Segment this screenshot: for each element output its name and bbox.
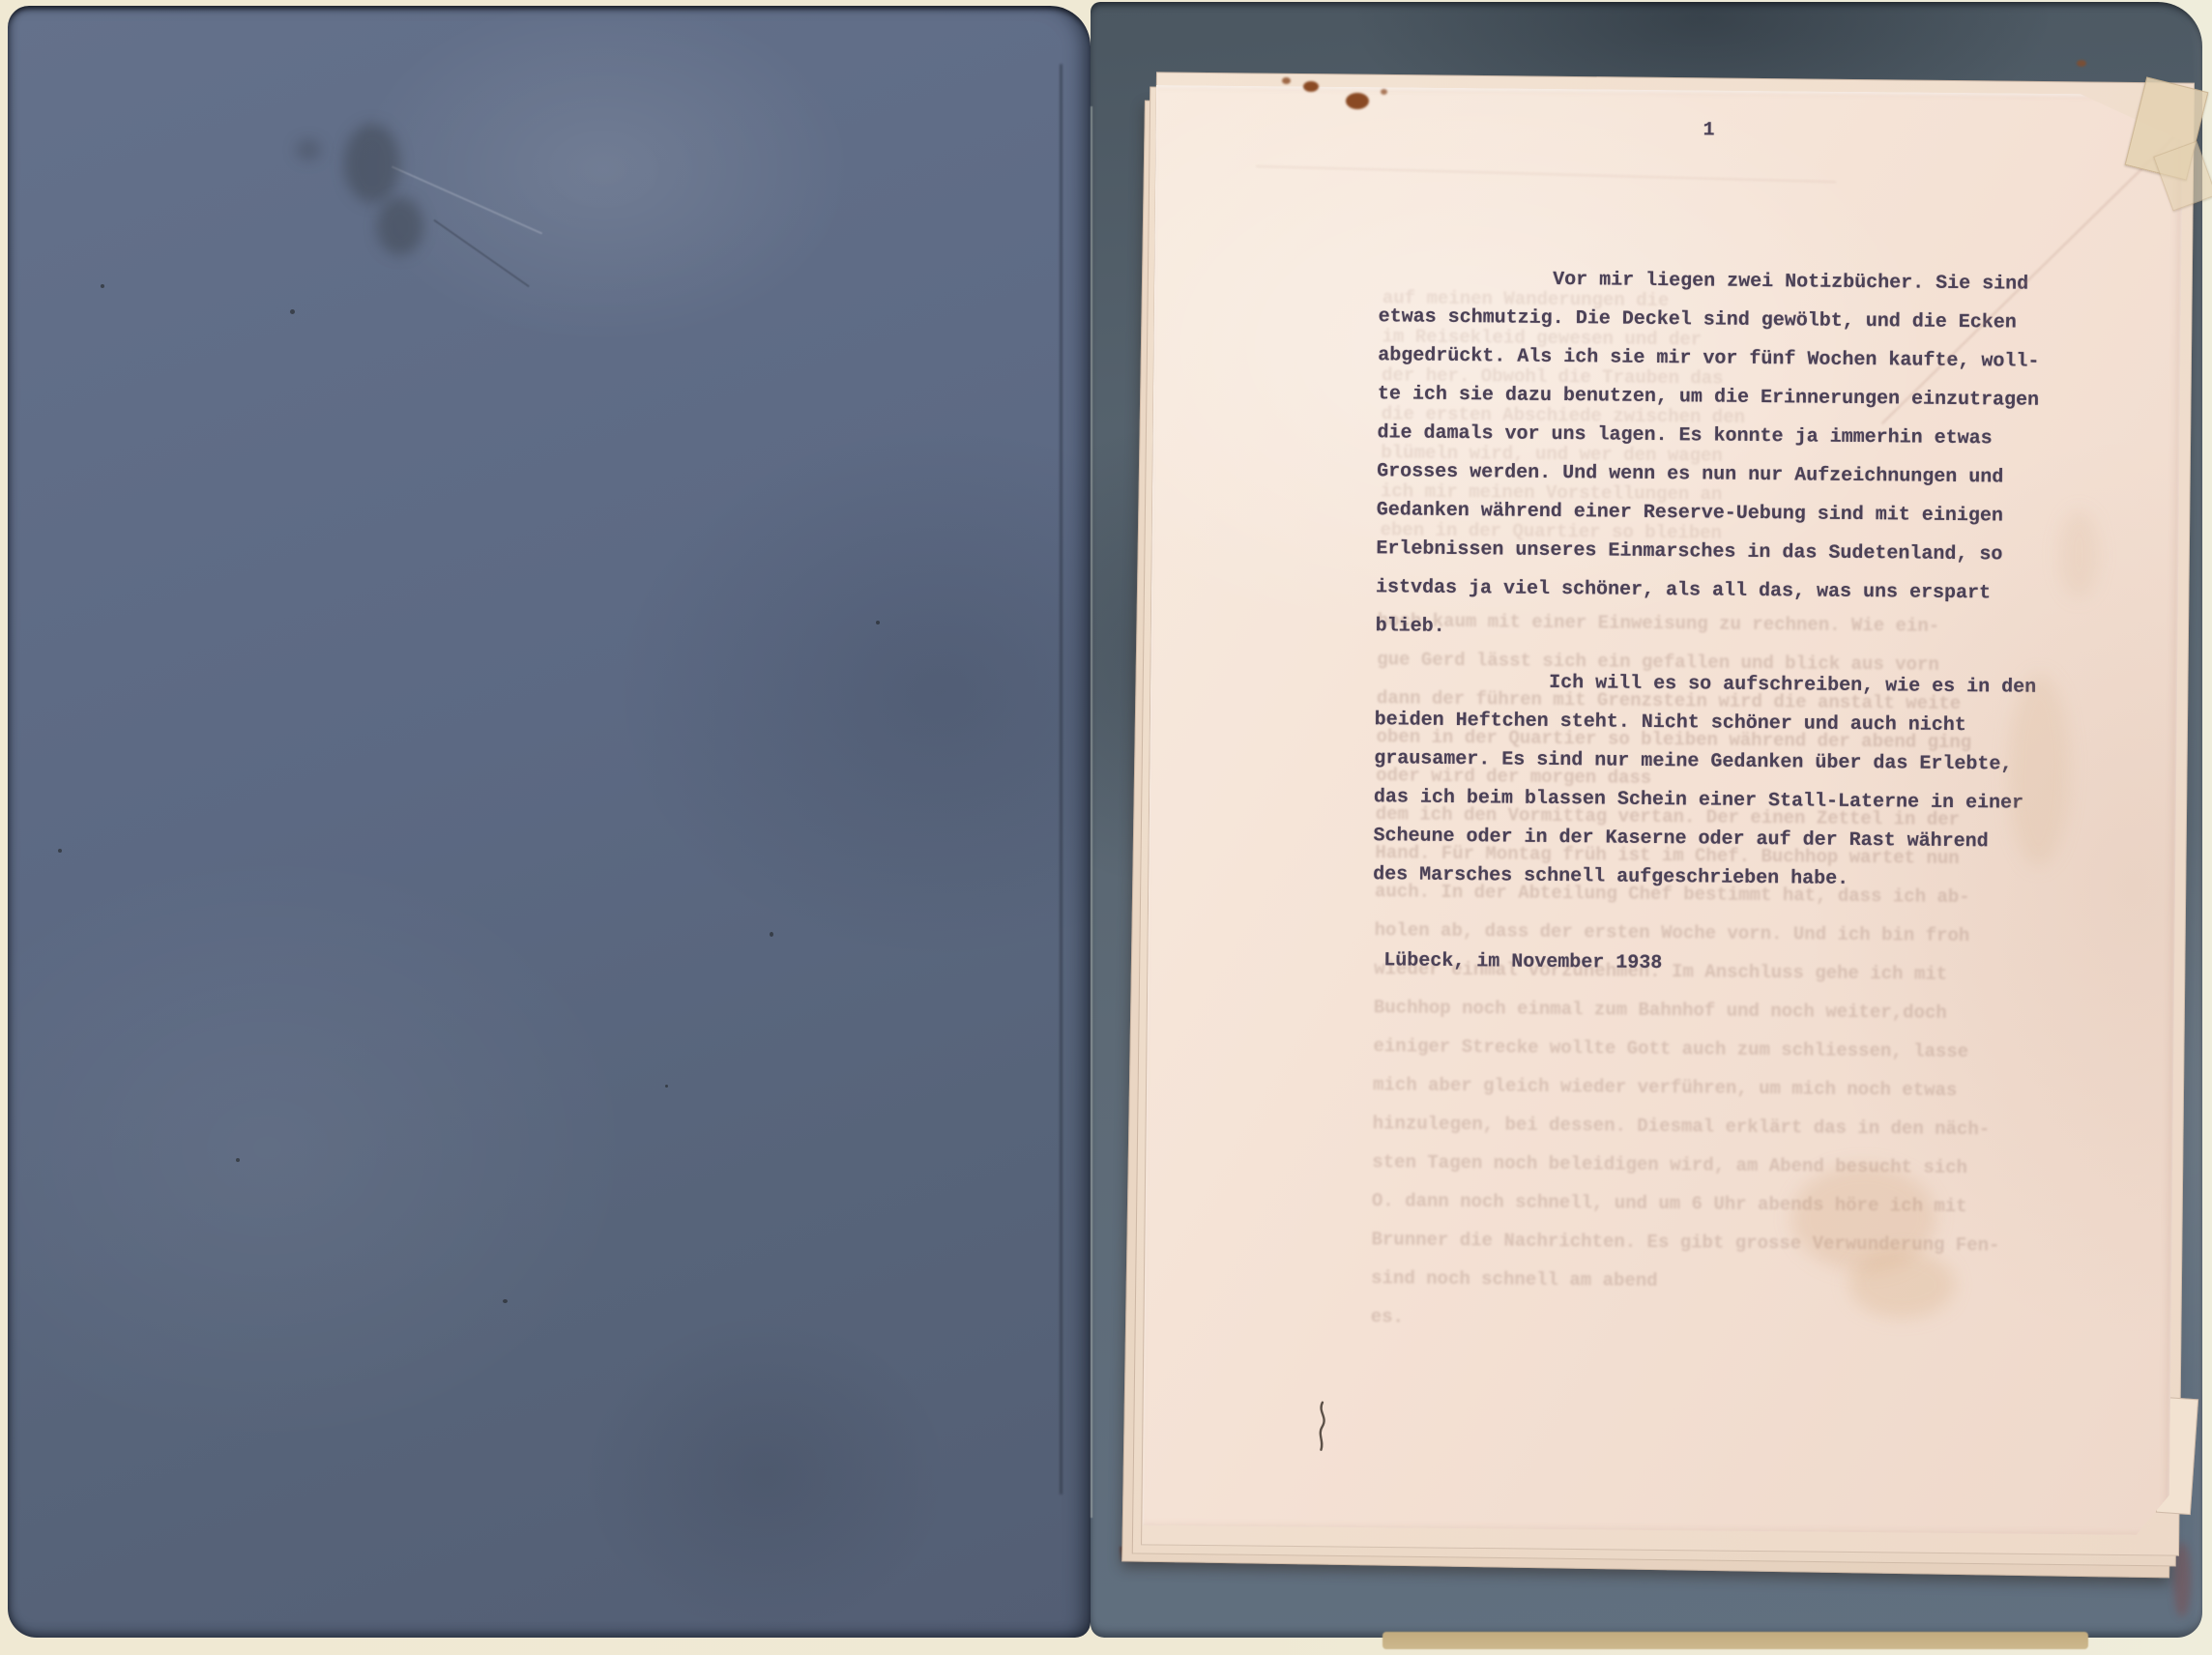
cover-crease-line xyxy=(1060,64,1062,1495)
typed-line: blieb. xyxy=(1375,607,2036,653)
folder-bottom-edge xyxy=(1382,1632,2088,1649)
typed-line: istvdas ja viel schöner, als all das, wa… xyxy=(1376,568,2037,614)
paragraph-1: Vor mir liegen zwei Notizbücher. Sie sin… xyxy=(1375,259,2040,653)
paper-crease xyxy=(1256,165,1836,183)
typed-line: etwas schmutzig. Die Deckel sind gewölbt… xyxy=(1379,298,2040,343)
typed-line: Ich will es so aufschreiben, wie es in d… xyxy=(1375,662,2036,708)
typed-line: beiden Heftchen steht. Nicht schöner und… xyxy=(1375,701,2036,746)
document-photo: auf meinen Wanderungen dieim Reisekleid … xyxy=(0,0,2212,1655)
typescript-page: auf meinen Wanderungen dieim Reisekleid … xyxy=(1143,85,2183,1535)
cover-stain xyxy=(377,197,423,255)
cover-speck xyxy=(101,284,104,288)
typed-line: Vor mir liegen zwei Notizbücher. Sie sin… xyxy=(1379,259,2040,305)
bleedthrough-line: einiger Strecke wollte Gott auch zum sch… xyxy=(1373,1027,2001,1071)
typed-line: das ich beim blassen Schein einer Stall-… xyxy=(1374,778,2035,824)
cover-speck xyxy=(236,1158,240,1162)
typed-line: abgedrückt. Als ich sie mir vor fünf Woc… xyxy=(1378,336,2039,382)
cover-stain xyxy=(296,139,321,160)
cover-speck xyxy=(290,309,295,314)
ink-squiggle-mark xyxy=(1313,1400,1331,1454)
typed-line: Gedanken während einer Reserve-Uebung si… xyxy=(1377,491,2038,537)
cover-stain xyxy=(344,124,400,203)
typed-line: des Marsches schnell aufgeschrieben habe… xyxy=(1373,856,2034,901)
cover-speck xyxy=(665,1085,668,1088)
dateline: Lübeck, im November 1938 xyxy=(1372,942,1662,983)
cover-scratch-mark xyxy=(433,219,529,287)
cover-speck xyxy=(58,849,62,853)
rust-stain xyxy=(2077,60,2086,67)
paper-stain xyxy=(1848,1250,1956,1319)
bleedthrough-line: mich aber gleich wieder verführen, um mi… xyxy=(1373,1065,2001,1110)
typed-line: Erlebnissen unseres Einmarsches in das S… xyxy=(1376,530,2037,575)
typed-line: te ich sie dazu benutzen, um die Erinner… xyxy=(1378,375,2039,421)
cover-speck xyxy=(876,621,880,624)
rust-stain xyxy=(1346,93,1369,109)
paragraph-2: Ich will es so aufschreiben, wie es in d… xyxy=(1373,662,2036,901)
typed-line: grausamer. Es sind nur meine Gedanken üb… xyxy=(1374,740,2035,785)
paper-stain xyxy=(2007,673,2071,867)
folder-left-cover xyxy=(8,6,1091,1638)
page-number: 1 xyxy=(1703,119,1714,141)
rust-stain xyxy=(1303,81,1319,92)
bleedthrough-line: hinzulegen, bei dessen. Diesmal erklärt … xyxy=(1373,1104,2001,1148)
paper-stain xyxy=(2058,509,2100,598)
typed-line: Grosses werden. Und wenn es nun nur Aufz… xyxy=(1377,452,2038,498)
typed-line: Scheune oder in der Kaserne oder auf der… xyxy=(1373,817,2034,862)
rust-stain xyxy=(1381,89,1387,95)
cover-speck xyxy=(770,932,773,937)
rust-stain xyxy=(1282,77,1291,84)
bleedthrough-line: Buchhop noch einmal zum Bahnhof und noch… xyxy=(1374,988,2002,1032)
cover-speck xyxy=(503,1299,508,1303)
typed-line: die damals vor uns lagen. Es konnte ja i… xyxy=(1377,414,2038,459)
spine-highlight-line xyxy=(1091,106,1092,1518)
